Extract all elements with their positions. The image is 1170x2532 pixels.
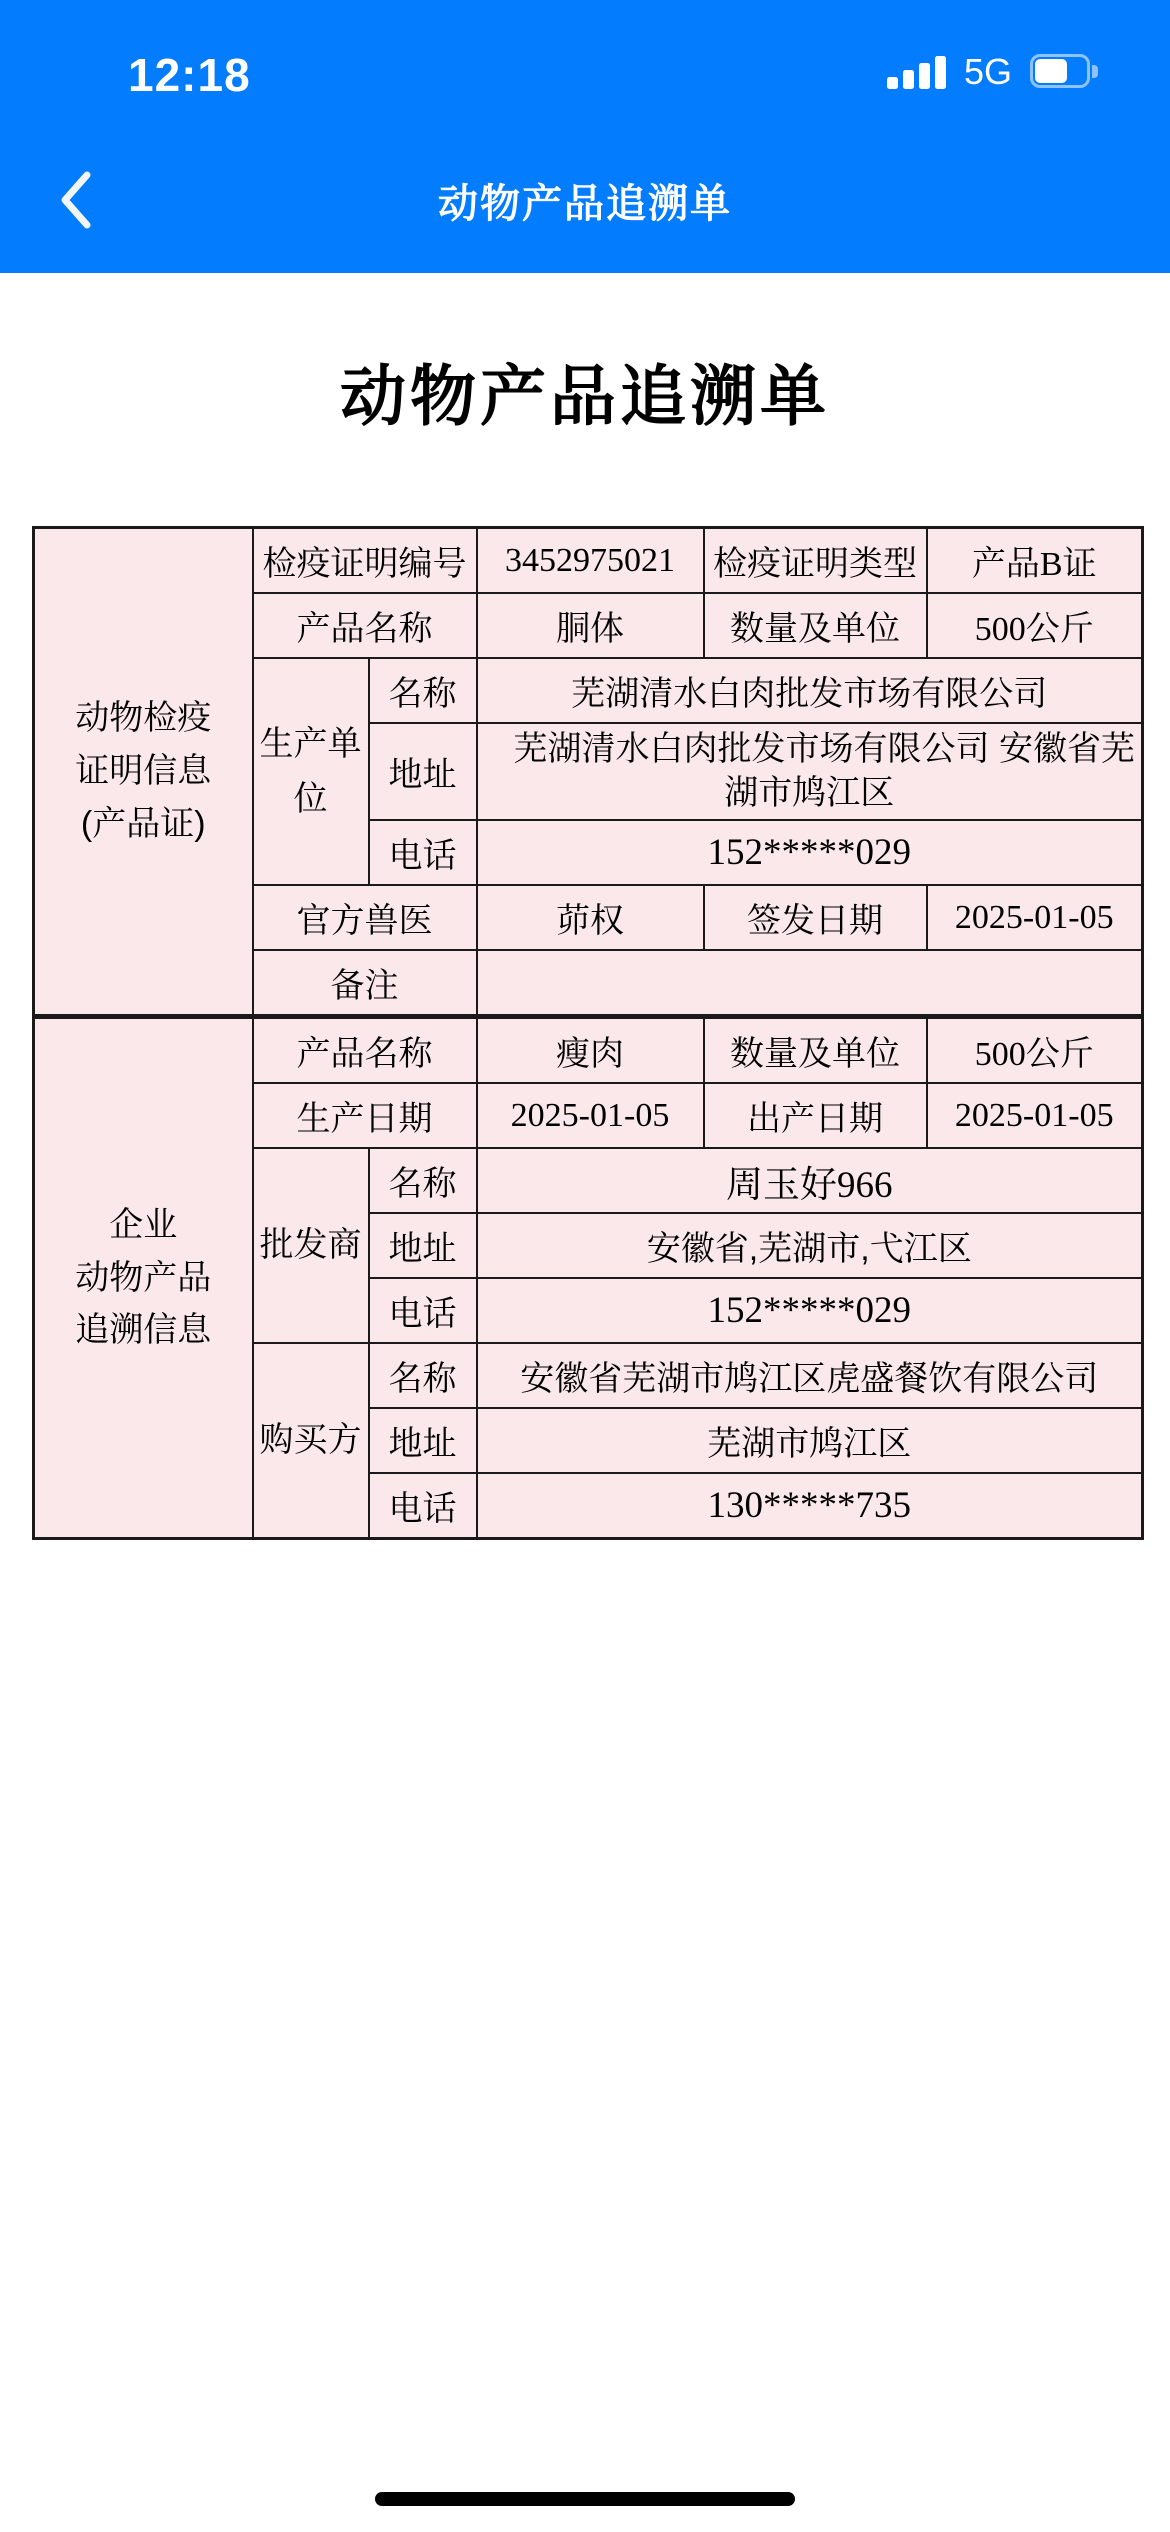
document: 动物产品追溯单 动物检疫 证明信息 (产品证) 检疫证明编号 345297502… — [0, 273, 1170, 1540]
cert-type-label-cell: 检疫证明类型 — [704, 528, 927, 594]
producer-addr-label-cell: 地址 — [369, 723, 477, 820]
remark-value-cell — [477, 950, 1143, 1017]
producer-addr-value-cell: 芜湖清水白肉批发市场有限公司 安徽省芜湖市鸠江区 — [477, 723, 1143, 820]
producer-name-label-cell: 名称 — [369, 658, 477, 723]
out-date-label-cell: 出产日期 — [704, 1083, 927, 1148]
cellular-signal-icon — [887, 55, 946, 89]
s1-qty-label-cell: 数量及单位 — [704, 593, 927, 658]
prod-date-value-cell: 2025-01-05 — [477, 1083, 704, 1148]
chevron-left-icon — [57, 170, 93, 235]
producer-phone-value-cell: 152*****029 — [477, 820, 1143, 885]
remark-label-cell: 备注 — [253, 950, 477, 1017]
wholesaler-phone-label-cell: 电话 — [369, 1278, 477, 1343]
wholesaler-group-cell: 批发商 — [253, 1148, 369, 1343]
buyer-phone-value-cell: 130*****735 — [477, 1473, 1143, 1539]
buyer-phone-label-cell: 电话 — [369, 1473, 477, 1539]
back-button[interactable] — [40, 164, 110, 240]
s2-product-label-cell: 产品名称 — [253, 1017, 477, 1084]
wholesaler-phone-value-cell: 152*****029 — [477, 1278, 1143, 1343]
s2-qty-value-cell: 500公斤 — [927, 1017, 1143, 1084]
buyer-name-value-cell: 安徽省芜湖市鸠江区虎盛餐饮有限公司 — [477, 1343, 1143, 1408]
cert-type-value-cell: 产品B证 — [927, 528, 1143, 594]
buyer-addr-label-cell: 地址 — [369, 1408, 477, 1473]
buyer-addr-value-cell: 芜湖市鸠江区 — [477, 1408, 1143, 1473]
page-title: 动物产品追溯单 — [0, 343, 1170, 438]
status-time: 12:18 — [128, 48, 258, 102]
s2-product-value-cell: 瘦肉 — [477, 1017, 704, 1084]
buyer-name-label-cell: 名称 — [369, 1343, 477, 1408]
wholesaler-name-value-cell: 周玉好966 — [477, 1148, 1143, 1213]
out-date-value-cell: 2025-01-05 — [927, 1083, 1143, 1148]
s2-qty-label-cell: 数量及单位 — [704, 1017, 927, 1084]
wholesaler-addr-value-cell: 安徽省,芜湖市,弋江区 — [477, 1213, 1143, 1278]
prod-date-label-cell: 生产日期 — [253, 1083, 477, 1148]
section1-header-cell: 动物检疫 证明信息 (产品证) — [34, 528, 253, 1017]
issue-date-value-cell: 2025-01-05 — [927, 885, 1143, 950]
section2-header-cell: 企业 动物产品 追溯信息 — [34, 1017, 253, 1539]
network-type-label: 5G — [964, 51, 1012, 93]
nav-bar: 动物产品追溯单 — [0, 150, 1170, 250]
status-bar: 12:18 5G — [0, 42, 1170, 102]
s1-product-value-cell: 胴体 — [477, 593, 704, 658]
producer-phone-label-cell: 电话 — [369, 820, 477, 885]
battery-icon — [1030, 54, 1100, 90]
screen: 12:18 5G 动物产品追溯单 动物产品追溯单 — [0, 0, 1170, 2532]
producer-name-value-cell: 芜湖清水白肉批发市场有限公司 — [477, 658, 1143, 723]
trace-table: 动物检疫 证明信息 (产品证) 检疫证明编号 3452975021 检疫证明类型… — [32, 526, 1144, 1540]
status-icons: 5G — [887, 42, 1100, 102]
wholesaler-addr-label-cell: 地址 — [369, 1213, 477, 1278]
wholesaler-name-label-cell: 名称 — [369, 1148, 477, 1213]
s1-qty-value-cell: 500公斤 — [927, 593, 1143, 658]
vet-label-cell: 官方兽医 — [253, 885, 477, 950]
home-indicator[interactable] — [375, 2492, 795, 2506]
issue-date-label-cell: 签发日期 — [704, 885, 927, 950]
cert-no-value-cell: 3452975021 — [477, 528, 704, 594]
app-header: 12:18 5G 动物产品追溯单 — [0, 0, 1170, 273]
vet-value-cell: 茆权 — [477, 885, 704, 950]
cert-no-label-cell: 检疫证明编号 — [253, 528, 477, 594]
buyer-group-cell: 购买方 — [253, 1343, 369, 1539]
nav-title: 动物产品追溯单 — [438, 172, 732, 229]
s1-product-label-cell: 产品名称 — [253, 593, 477, 658]
producer-group-cell: 生产单位 — [253, 658, 369, 885]
